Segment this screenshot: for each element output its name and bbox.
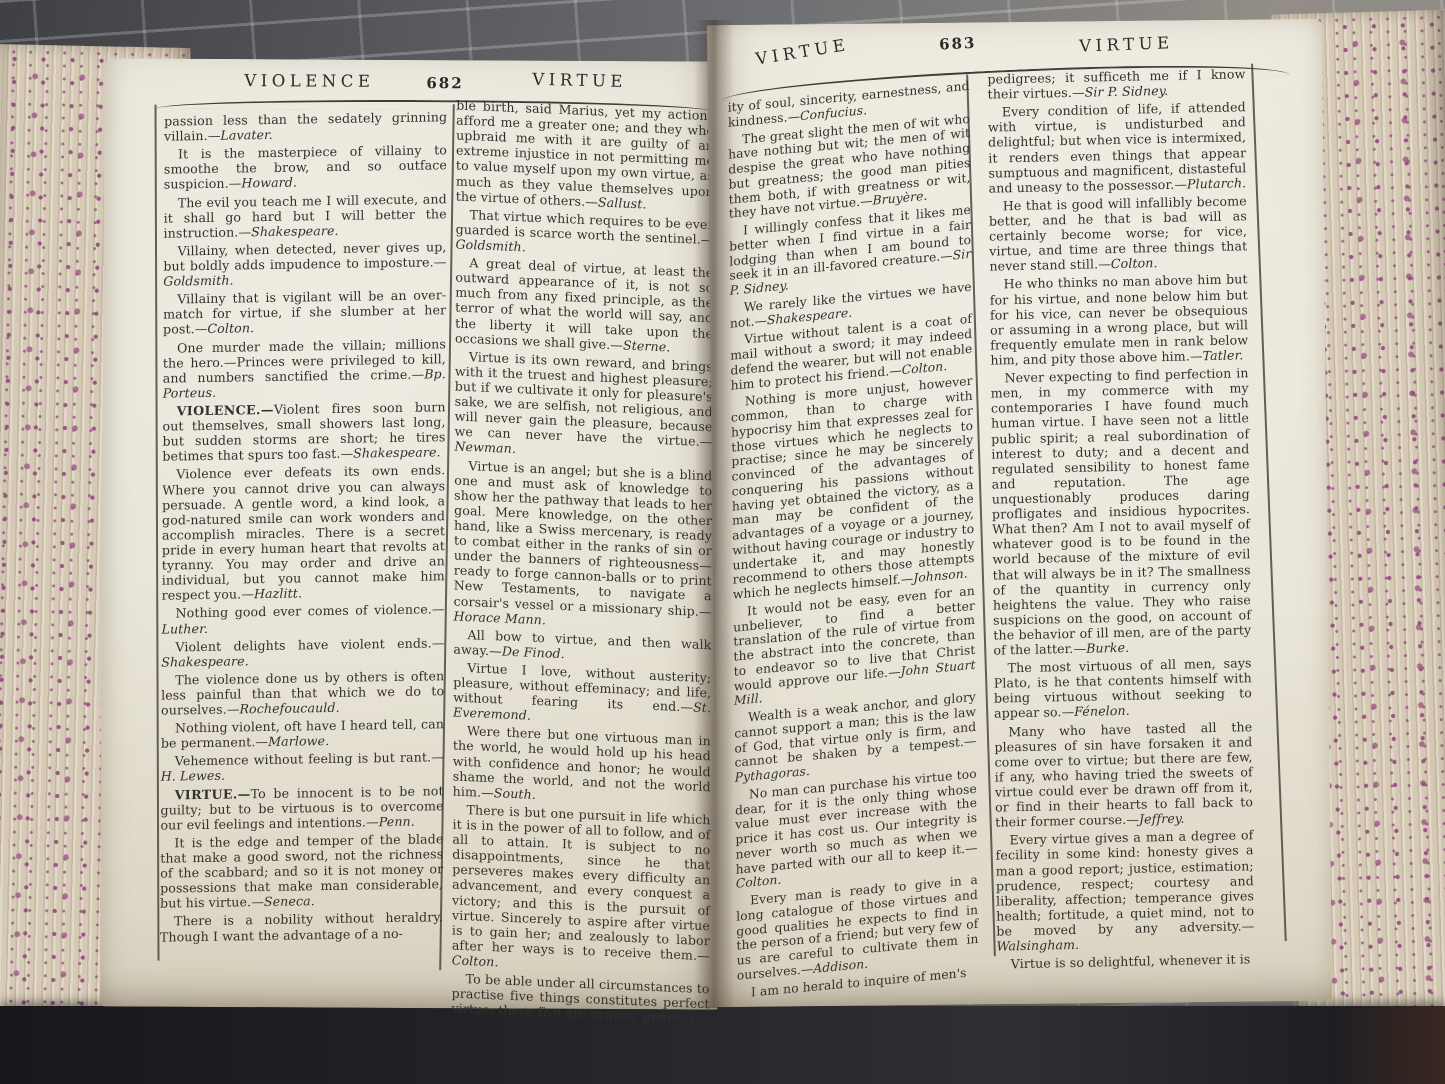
right-page-column-2: pedigrees; it sufficeth me if I know the…: [987, 66, 1254, 963]
quote-attribution: Bp. Porteus.: [163, 366, 446, 401]
quote-attribution: Jeffrey.: [1139, 811, 1185, 827]
quote-paragraph: Never expecting to find perfection in me…: [991, 365, 1252, 657]
right-page-column-1: ity of soul, sincerity, earnestness, and…: [728, 79, 979, 957]
quote-paragraph: The most virtuous of all men, says Plato…: [994, 655, 1253, 721]
quote-attribution: Goldsmith.: [455, 236, 525, 254]
quote-attribution: Colton.: [736, 873, 782, 891]
quote-paragraph: That virtue which requires to be ever gu…: [455, 206, 713, 262]
quote-paragraph: passion less than the sedately grinning …: [164, 109, 447, 144]
quote-attribution: Hazlitt.: [254, 586, 302, 602]
quote-attribution: Howard.: [241, 175, 297, 191]
quote-paragraph: Violent delights have violent ends.—Shak…: [161, 635, 444, 670]
quote-paragraph: It would not be easy, even for an unbeli…: [733, 583, 976, 708]
quote-attribution: Plutarch.: [1187, 175, 1246, 191]
quote-attribution: Addison.: [813, 957, 868, 976]
quote-paragraph: Virtue is an angel; but she is a blind o…: [454, 457, 713, 634]
quote-paragraph: Many who have tasted all the pleasures o…: [994, 719, 1253, 830]
quote-attribution: Colton.: [902, 359, 948, 377]
quote-paragraph: One murder made the villain; millions th…: [163, 336, 446, 401]
quote-attribution: St. Everemond.: [453, 700, 711, 723]
left-page-column-2: ble birth, said Marius, yet my actions a…: [452, 98, 715, 983]
quote-paragraph: Virtue I love, without austerity; pleasu…: [453, 659, 711, 730]
quote-paragraph: ble birth, said Marius, yet my actions a…: [456, 98, 715, 215]
quote-paragraph: He who thinks no man above him but for h…: [990, 272, 1249, 368]
quote-attribution: Bruyère.: [873, 189, 928, 208]
quote-paragraph: Every condition of life, if attended wit…: [988, 99, 1247, 195]
quote-attribution: Marlowe.: [268, 733, 329, 749]
left-page-column-1: passion less than the sedately grinning …: [160, 109, 448, 969]
quote-attribution: Penn.: [379, 813, 415, 829]
quote-paragraph: No man can purchase his virtue too dear,…: [735, 766, 978, 891]
quote-paragraph: Nothing violent, oft have I heard tell, …: [161, 716, 444, 751]
quote-paragraph: Villainy, when detected, never gives up,…: [163, 239, 446, 289]
quote-paragraph: Nothing good ever comes of violence.—Lut…: [161, 602, 444, 637]
quote-attribution: Rochefoucauld.: [239, 700, 339, 717]
right-margin-rule: [1251, 64, 1286, 941]
quote-attribution: Tatler.: [1203, 347, 1244, 363]
keyword-lead: VIRTUE.—: [175, 786, 251, 802]
quote-paragraph: He that is good will infallibly become b…: [989, 193, 1248, 274]
quote-attribution: Colton.: [1111, 255, 1158, 271]
quote-paragraph: Virtue is its own reward, and brings wit…: [454, 348, 713, 465]
quote-attribution: Sallust.: [598, 194, 647, 211]
quote-paragraph: There is but one pursuit in life which i…: [452, 801, 711, 978]
quote-attribution: Newman.: [454, 439, 516, 457]
quote-paragraph: It is the masterpiece of villainy to smo…: [164, 142, 447, 192]
quote-attribution: Sir P. Sidney.: [1085, 83, 1169, 100]
left-margin-rule: [155, 105, 160, 961]
book-cover-bottom: [0, 1006, 1445, 1084]
quote-paragraph: Virtue is so delightful, whenever it is: [997, 951, 1255, 972]
photo-open-quotation-book: VIOLENCE 682 VIRTUE passion less than th…: [0, 0, 1445, 1084]
quote-paragraph: A great deal of virtue, at least the out…: [455, 255, 713, 356]
quote-paragraph: Were there but one virtuous man in the w…: [453, 723, 711, 809]
quote-paragraph: Violence ever defeats its own ends. Wher…: [162, 463, 446, 603]
running-head-virtue-right-page-left: VIRTUE: [754, 35, 850, 69]
quote-attribution: Burke.: [1086, 640, 1129, 656]
quote-paragraph: The violence done us by others is often …: [161, 668, 444, 718]
quote-paragraph: Nothing is more unjust, however common, …: [731, 374, 975, 602]
quote-paragraph: The evil you teach me I will execute, an…: [164, 191, 447, 241]
quote-attribution: De Finod.: [502, 643, 565, 661]
quote-attribution: Luther.: [161, 620, 208, 636]
quote-attribution: Sterne.: [623, 337, 671, 354]
quote-attribution: Seneca.: [264, 894, 315, 910]
quote-attribution: Walsingham.: [996, 937, 1079, 954]
right-page: VIRTUE 683 VIRTUE ity of soul, sincerity…: [707, 19, 1332, 1007]
quote-paragraph: Every virtue gives a man a degree of fec…: [995, 828, 1254, 954]
quote-attribution: Shakespeare.: [161, 653, 249, 669]
quote-paragraph: VIOLENCE.—Violent fires soon burn out th…: [162, 399, 445, 464]
quote-paragraph: VIRTUE.—To be innocent is to be not guil…: [160, 783, 443, 833]
page-number-682: 682: [426, 74, 463, 92]
quote-attribution: Fénelon.: [1074, 703, 1130, 719]
left-page: VIOLENCE 682 VIRTUE passion less than th…: [100, 58, 723, 1009]
quote-attribution: Horace Mann.: [454, 608, 546, 627]
quote-attribution: Colton.: [452, 953, 499, 970]
quote-attribution: South.: [494, 785, 536, 802]
quote-paragraph: There is a nobility without heraldry. Th…: [160, 910, 443, 945]
quote-attribution: Confucius.: [800, 103, 867, 123]
quote-attribution: Goldsmith.: [163, 273, 233, 289]
running-head-virtue-right-page-right: VIRTUE: [1079, 33, 1174, 55]
quote-attribution: Lavater.: [220, 127, 273, 143]
quote-paragraph: Villainy that is vigilant will be an ove…: [163, 287, 446, 337]
keyword-lead: VIOLENCE.—: [177, 402, 274, 419]
quote-attribution: Colton.: [207, 321, 254, 337]
page-number-683: 683: [939, 34, 977, 54]
running-head-virtue-left-page: VIRTUE: [532, 70, 627, 91]
quote-attribution: Shakespeare.: [353, 445, 441, 461]
running-head-violence: VIOLENCE: [244, 71, 374, 91]
quote-attribution: Shakespeare.: [251, 223, 339, 239]
quote-paragraph: pedigrees; it sufficeth me if I know the…: [987, 66, 1245, 102]
quote-attribution: Johnson.: [913, 566, 968, 585]
quote-paragraph: Vehemence without feeling is but rant.—H…: [161, 750, 444, 785]
quote-attribution: H. Lewes.: [161, 768, 225, 784]
quote-paragraph: It is the edge and temper of the blade t…: [160, 831, 443, 911]
